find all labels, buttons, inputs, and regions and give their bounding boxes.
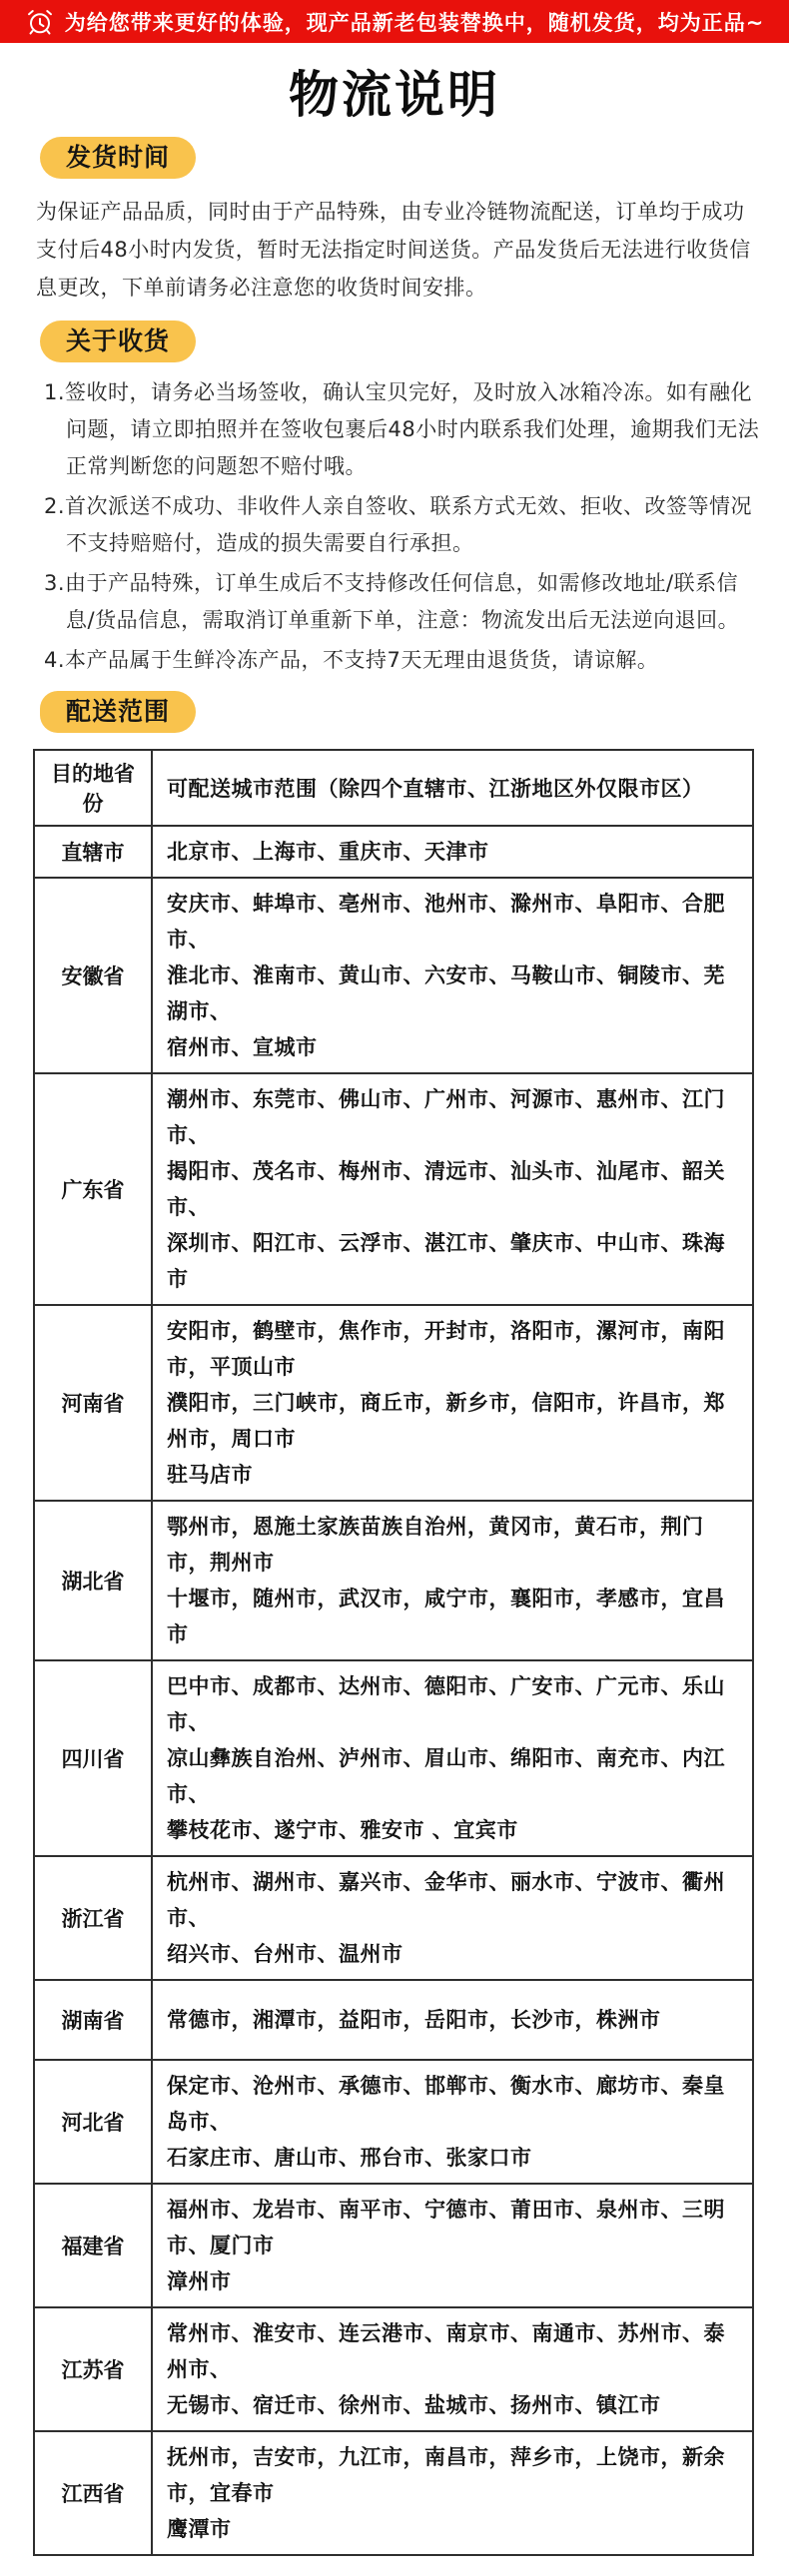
cities-cell: 北京市、上海市、重庆市、天津市 <box>152 826 753 878</box>
table-row: 浙江省 杭州市、湖州市、嘉兴市、金华市、丽水市、宁波市、衢州市、 绍兴市、台州市… <box>34 1856 753 1980</box>
province-cell: 直辖市 <box>34 826 152 878</box>
list-item: 3.由于产品特殊，订单生成后不支持修改任何信息，如需修改地址/联系信息/货品信息… <box>44 565 761 639</box>
province-cell: 四川省 <box>34 1660 152 1856</box>
province-cell: 江西省 <box>34 2431 152 2555</box>
table-row: 江西省 抚州市，吉安市，九江市，南昌市，萍乡市，上饶市，新余市，宜春市 鹰潭市 <box>34 2431 753 2555</box>
table-row: 河北省 保定市、沧州市、承德市、邯郸市、衡水市、廊坊市、秦皇岛市、 石家庄市、唐… <box>34 2060 753 2184</box>
province-cell: 河北省 <box>34 2060 152 2184</box>
province-cell: 安徽省 <box>34 878 152 1073</box>
cities-cell: 潮州市、东莞市、佛山市、广州市、河源市、惠州市、江门市、 揭阳市、茂名市、梅州市… <box>152 1073 753 1305</box>
cities-cell: 安庆市、蚌埠市、亳州市、池州市、滁州市、阜阳市、合肥市、 淮北市、淮南市、黄山市… <box>152 878 753 1073</box>
province-cell: 江苏省 <box>34 2307 152 2431</box>
table-row: 江苏省 常州市、淮安市、连云港市、南京市、南通市、苏州市、泰州市、 无锡市、宿迁… <box>34 2307 753 2431</box>
table-row: 安徽省 安庆市、蚌埠市、亳州市、池州市、滁州市、阜阳市、合肥市、 淮北市、淮南市… <box>34 878 753 1073</box>
province-cell: 湖南省 <box>34 1980 152 2060</box>
receiving-badge: 关于收货 <box>40 321 196 362</box>
cities-cell: 常州市、淮安市、连云港市、南京市、南通市、苏州市、泰州市、 无锡市、宿迁市、徐州… <box>152 2307 753 2431</box>
cities-cell: 保定市、沧州市、承德市、邯郸市、衡水市、廊坊市、秦皇岛市、 石家庄市、唐山市、邢… <box>152 2060 753 2184</box>
cities-cell: 抚州市，吉安市，九江市，南昌市，萍乡市，上饶市，新余市，宜春市 鹰潭市 <box>152 2431 753 2555</box>
shipping-time-badge: 发货时间 <box>40 137 196 179</box>
table-row: 湖南省 常德市，湘潭市，益阳市，岳阳市，长沙市，株洲市 <box>34 1980 753 2060</box>
shipping-time-paragraph: 为保证产品品质，同时由于产品特殊，由专业冷链物流配送，订单均于成功支付后48小时… <box>36 193 755 307</box>
province-cell: 湖北省 <box>34 1501 152 1660</box>
table-row: 直辖市 北京市、上海市、重庆市、天津市 <box>34 826 753 878</box>
cities-cell: 常德市，湘潭市，益阳市，岳阳市，长沙市，株洲市 <box>152 1980 753 2060</box>
receiving-list: 1.签收时，请务必当场签收，确认宝贝完好，及时放入冰箱冷冻。如有融化问题，请立即… <box>44 374 761 679</box>
table-header-province: 目的地省份 <box>34 750 152 826</box>
table-row: 四川省 巴中市、成都市、达州市、德阳市、广安市、广元市、乐山市、 凉山彝族自治州… <box>34 1660 753 1856</box>
table-row: 河南省 安阳市，鹤壁市，焦作市，开封市，洛阳市，漯河市，南阳市，平顶山市 濮阳市… <box>34 1305 753 1501</box>
province-cell: 广东省 <box>34 1073 152 1305</box>
cities-cell: 巴中市、成都市、达州市、德阳市、广安市、广元市、乐山市、 凉山彝族自治州、泸州市… <box>152 1660 753 1856</box>
province-cell: 福建省 <box>34 2184 152 2307</box>
table-row: 福建省 福州市、龙岩市、南平市、宁德市、莆田市、泉州市、三明市、厦门市 漳州市 <box>34 2184 753 2307</box>
province-cell: 河南省 <box>34 1305 152 1501</box>
table-header-row: 目的地省份 可配送城市范围（除四个直辖市、江浙地区外仅限市区） <box>34 750 753 826</box>
list-item: 4.本产品属于生鲜冷冻产品，不支持7天无理由退货货，请谅解。 <box>44 642 761 679</box>
cities-cell: 杭州市、湖州市、嘉兴市、金华市、丽水市、宁波市、衢州市、 绍兴市、台州市、温州市 <box>152 1856 753 1980</box>
list-item: 1.签收时，请务必当场签收，确认宝贝完好，及时放入冰箱冷冻。如有融化问题，请立即… <box>44 374 761 485</box>
top-notice-banner: 为给您带来更好的体验，现产品新老包装替换中，随机发货，均为正品~ <box>0 0 789 43</box>
province-cell: 浙江省 <box>34 1856 152 1980</box>
cities-cell: 福州市、龙岩市、南平市、宁德市、莆田市、泉州市、三明市、厦门市 漳州市 <box>152 2184 753 2307</box>
page-title: 物流说明 <box>0 55 789 127</box>
banner-text: 为给您带来更好的体验，现产品新老包装替换中，随机发货，均为正品~ <box>65 7 765 37</box>
list-item: 2.首次派送不成功、非收件人亲自签收、联系方式无效、拒收、改签等情况不支持赔赔付… <box>44 488 761 562</box>
delivery-range-badge: 配送范围 <box>40 691 196 733</box>
cities-cell: 安阳市，鹤壁市，焦作市，开封市，洛阳市，漯河市，南阳市，平顶山市 濮阳市，三门峡… <box>152 1305 753 1501</box>
delivery-table: 目的地省份 可配送城市范围（除四个直辖市、江浙地区外仅限市区） 直辖市 北京市、… <box>33 749 754 2556</box>
table-header-cities: 可配送城市范围（除四个直辖市、江浙地区外仅限市区） <box>152 750 753 826</box>
alarm-clock-icon <box>25 7 55 37</box>
table-row: 湖北省 鄂州市，恩施土家族苗族自治州，黄冈市，黄石市，荆门市，荆州市 十堰市，随… <box>34 1501 753 1660</box>
table-row: 广东省 潮州市、东莞市、佛山市、广州市、河源市、惠州市、江门市、 揭阳市、茂名市… <box>34 1073 753 1305</box>
cities-cell: 鄂州市，恩施土家族苗族自治州，黄冈市，黄石市，荆门市，荆州市 十堰市，随州市，武… <box>152 1501 753 1660</box>
